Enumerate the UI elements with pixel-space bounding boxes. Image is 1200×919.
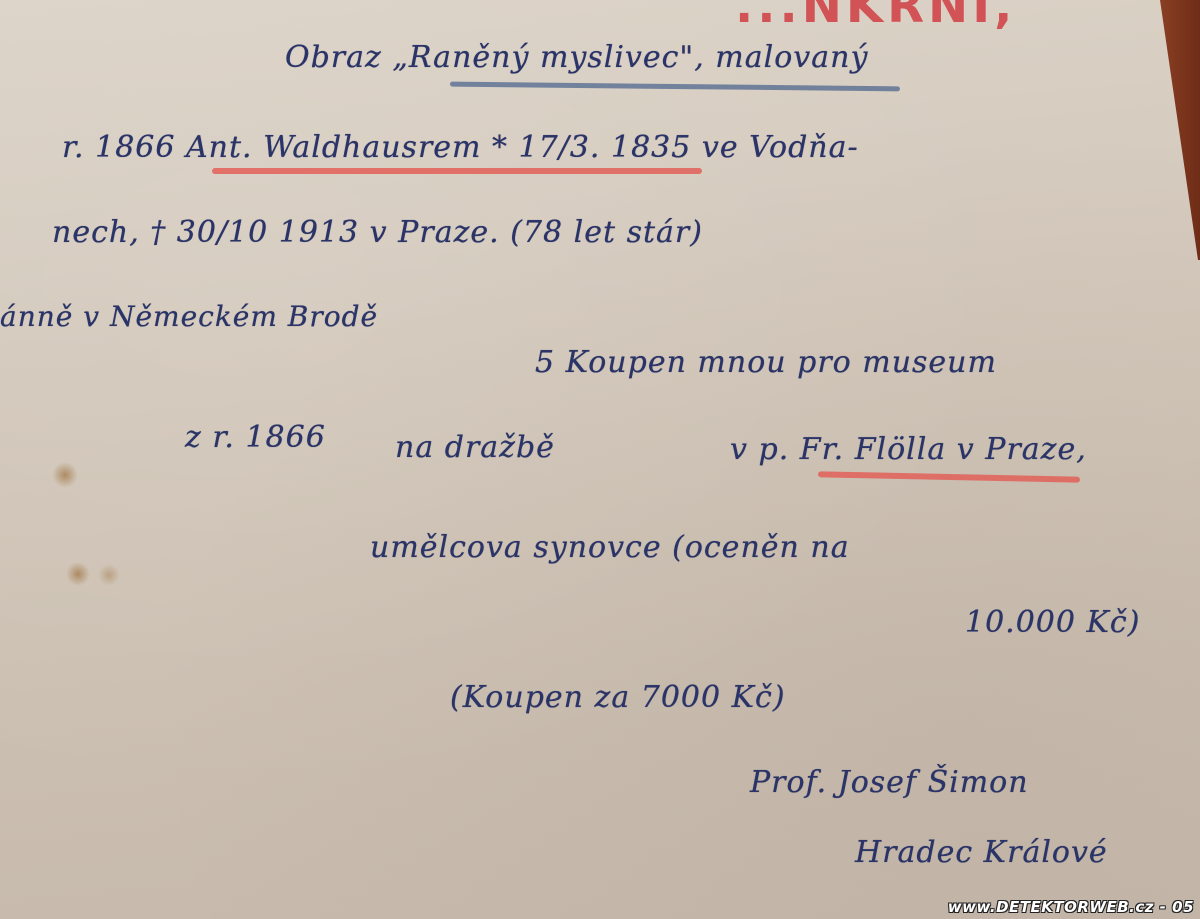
note-line-auction: na dražbě xyxy=(395,430,555,465)
note-line-painter: r. 1866 Ant. Waldhausrem * 17/3. 1835 ve… xyxy=(62,130,859,165)
note-line-year: z r. 1866 xyxy=(185,420,326,455)
printed-heading-fragment: ...NKRNÍ, xyxy=(735,0,1016,34)
note-line-purchase: 5 Koupen mnou pro museum xyxy=(535,345,997,380)
note-line-death: nech, † 30/10 1913 v Praze. (78 let stár… xyxy=(52,215,703,250)
title-blue-underline xyxy=(450,82,900,92)
note-line-valuation: 10.000 Kč) xyxy=(965,605,1140,640)
note-line-burial: ánně v Německém Brodě xyxy=(0,300,378,333)
paper-stain xyxy=(66,562,90,586)
note-line-price: (Koupen za 7000 Kč) xyxy=(450,680,786,715)
signature-place: Hradec Králové xyxy=(855,835,1108,870)
seller-red-underline xyxy=(818,471,1080,482)
note-line-nephew: umělcova synovce (oceněn na xyxy=(370,530,850,565)
signature-name: Prof. Josef Šimon xyxy=(750,765,1029,800)
paper-stain xyxy=(52,462,78,488)
wooden-frame-edge xyxy=(1160,0,1200,260)
watermark: www.DETEKTORWEB.cz - 05 xyxy=(948,898,1194,916)
note-line-title: Obraz „Raněný myslivec", malovaný xyxy=(285,40,868,75)
painter-red-underline xyxy=(212,168,702,174)
paper-stain xyxy=(98,564,120,586)
note-line-seller: v p. Fr. Flölla v Praze, xyxy=(730,432,1087,467)
